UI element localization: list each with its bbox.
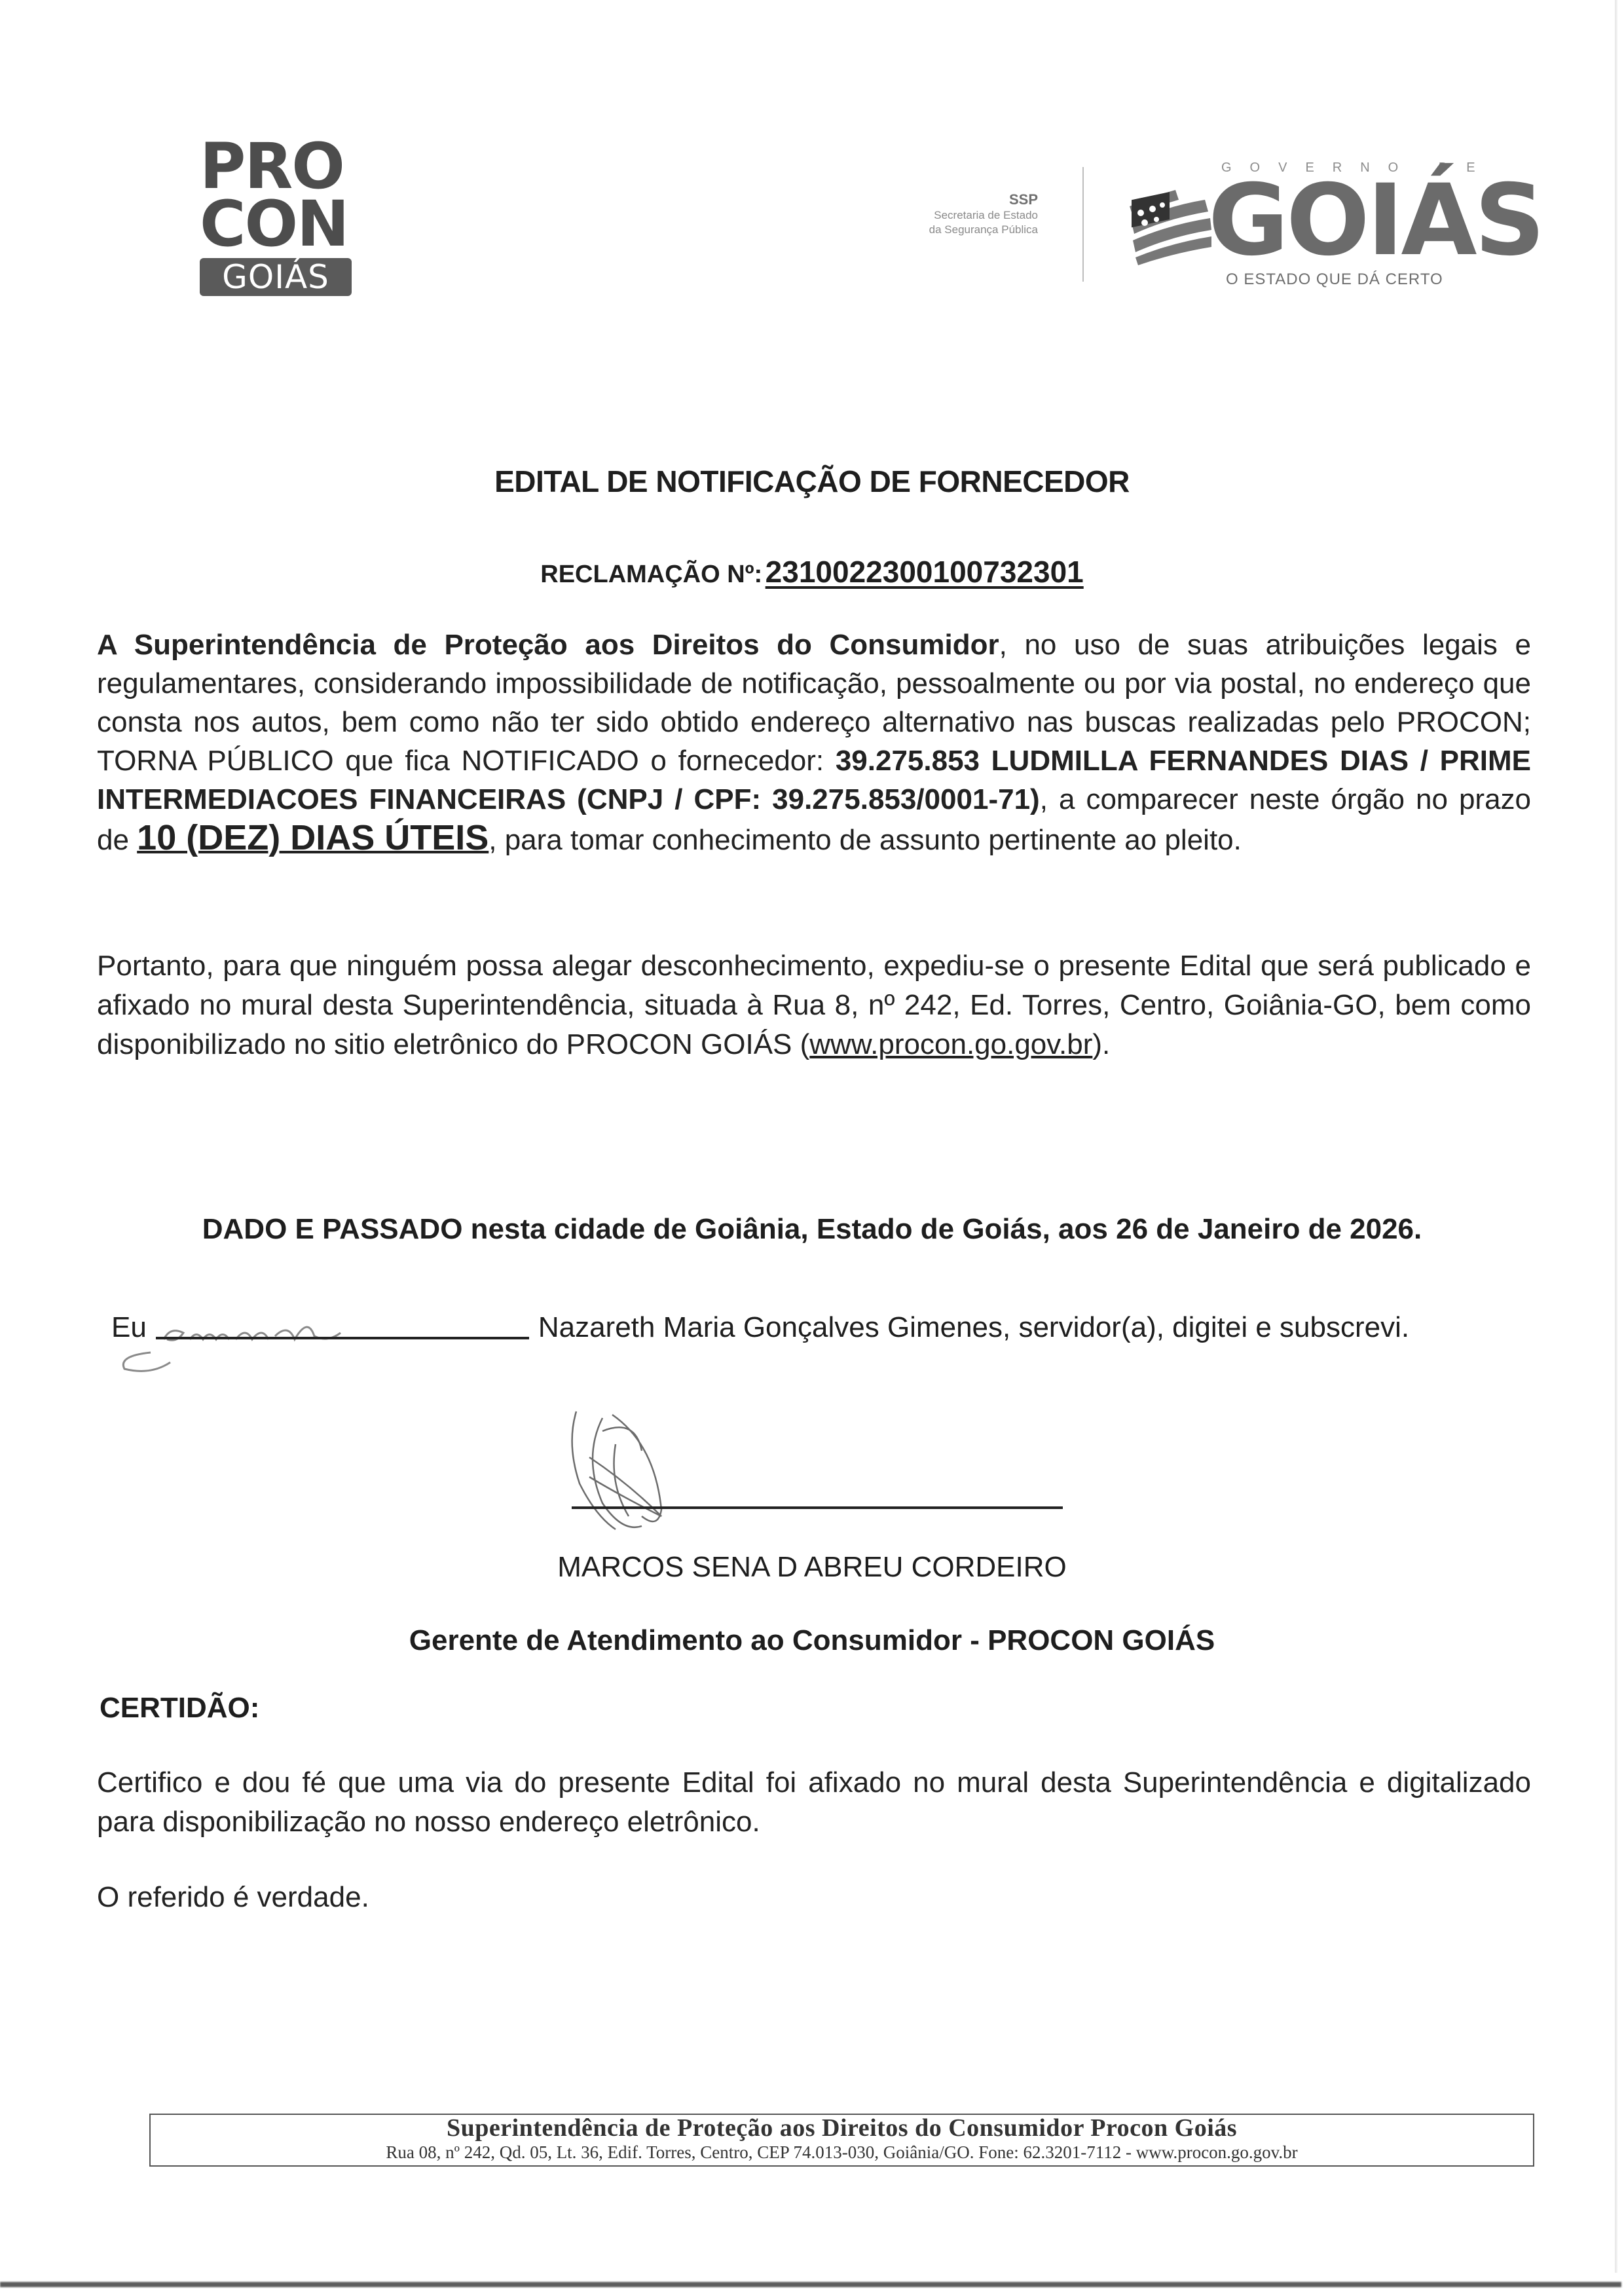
agency-name: A Superintendência de Proteção aos Direi… [97, 629, 999, 661]
paragraph-text: ). [1092, 1028, 1110, 1060]
footer-agency-name: Superintendência de Proteção aos Direito… [151, 2115, 1533, 2141]
scan-edge [1615, 0, 1617, 2273]
footer-address: Rua 08, nº 242, Qd. 05, Lt. 36, Edif. To… [151, 2141, 1533, 2163]
scan-edge [0, 2282, 1621, 2287]
reclamacao-number-line: RECLAMAÇÃO Nº: 2310022300100732301 [0, 554, 1624, 589]
logo-badge: GOIÁS [200, 258, 352, 296]
logo-line: CON [200, 195, 357, 253]
ssp-logo: SSP Secretaria de Estado da Segurança Pú… [864, 191, 1038, 237]
signer-name: MARCOS SENA D ABREU CORDEIRO [0, 1551, 1624, 1584]
ssp-line: Secretaria de Estado [864, 208, 1038, 223]
dado-passado-text: nesta cidade de Goiânia, Estado de Goiás… [462, 1213, 1116, 1245]
notification-paragraph: A Superintendência de Proteção aos Direi… [97, 625, 1531, 859]
dado-passado-label: DADO E PASSADO [202, 1213, 463, 1245]
paragraph-text: , para tomar conhecimento de assunto per… [489, 824, 1242, 856]
clerk-line: EuNazareth Maria Gonçalves Gimenes, serv… [111, 1311, 1585, 1344]
manager-signature-icon [563, 1405, 760, 1536]
issue-date: 26 de Janeiro de 2026. [1116, 1213, 1422, 1245]
document-title: EDITAL DE NOTIFICAÇÃO DE FORNECEDOR [0, 464, 1624, 499]
clerk-statement: Nazareth Maria Gonçalves Gimenes, servid… [538, 1311, 1409, 1343]
issue-date-line: DADO E PASSADO nesta cidade de Goiânia, … [0, 1213, 1624, 1246]
publication-paragraph: Portanto, para que ninguém possa alegar … [97, 946, 1531, 1064]
procon-website-link[interactable]: www.procon.go.gov.br [809, 1028, 1092, 1060]
goias-flag-icon [1126, 187, 1215, 265]
signer-role: Gerente de Atendimento ao Consumidor - P… [0, 1624, 1624, 1657]
gov-slogan: O ESTADO QUE DÁ CERTO [1226, 271, 1443, 289]
reclamacao-number: 2310022300100732301 [766, 555, 1084, 589]
certidao-closing: O referido é verdade. [97, 1878, 1531, 1917]
header-divider [1082, 167, 1084, 282]
certidao-text: Certifico e dou fé que uma via do presen… [97, 1763, 1531, 1842]
certidao-heading: CERTIDÃO: [100, 1692, 259, 1725]
manager-signature-line [572, 1506, 1063, 1509]
procon-goias-logo: PRO CON GOIÁS [200, 138, 357, 296]
logo-line: PRO [200, 138, 357, 195]
clerk-signature-line [156, 1337, 529, 1339]
clerk-prefix: Eu [111, 1311, 147, 1343]
ssp-line: da Segurança Pública [864, 223, 1038, 237]
reclamacao-label: RECLAMAÇÃO Nº: [540, 561, 762, 588]
ssp-abbr: SSP [864, 191, 1038, 208]
gov-goias-text: GOIÁS [1208, 168, 1543, 273]
footer-address-box: Superintendência de Proteção aos Direito… [149, 2114, 1534, 2167]
deadline: 10 (DEZ) DIAS ÚTEIS [137, 818, 489, 857]
